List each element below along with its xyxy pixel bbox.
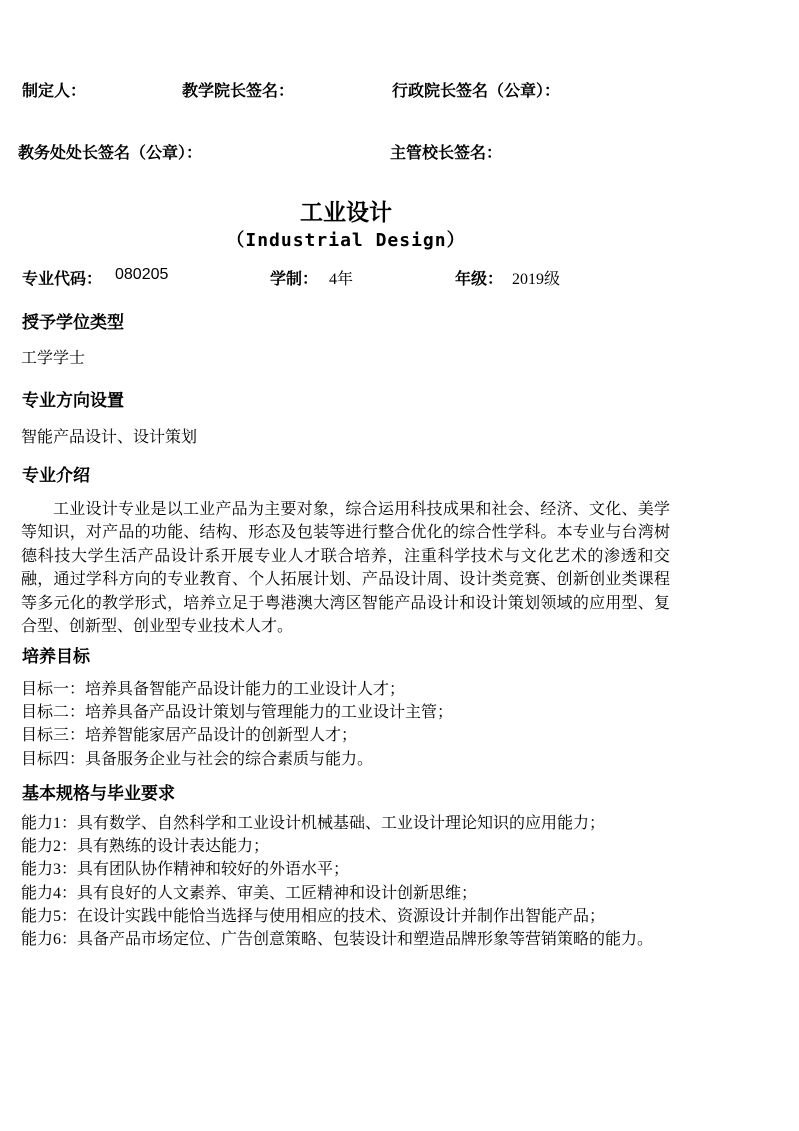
section-heading-major-direction: 专业方向设置: [22, 386, 124, 411]
section-heading-degree-type: 授予学位类型: [22, 308, 124, 333]
signature-row-2: 教务处处长签名（公章）： 主管校长签名：: [22, 140, 799, 164]
ability-item-3: 能力3：具有团队协作精神和较好的外语水平；: [21, 858, 653, 881]
major-code-value: 080205: [115, 266, 168, 284]
document-title: 工业设计: [0, 194, 692, 227]
degree-type-value: 工学学士: [21, 345, 85, 368]
supervising-president-signature-label: 主管校长签名：: [390, 140, 502, 163]
goal-item-2: 目标二：培养具备产品设计策划与管理能力的工业设计主管；: [21, 701, 453, 724]
ability-item-1: 能力1：具有数学、自然科学和工业设计机械基础、工业设计理论知识的应用能力；: [21, 812, 653, 835]
training-goals-list: 目标一：培养具备智能产品设计能力的工业设计人才； 目标二：培养具备产品设计策划与…: [21, 678, 453, 771]
goal-item-1: 目标一：培养具备智能产品设计能力的工业设计人才；: [21, 678, 453, 701]
goal-item-3: 目标三：培养智能家居产品设计的创新型人才；: [21, 724, 453, 747]
ability-item-6: 能力6：具备产品市场定位、广告创意策略、包装设计和塑造品牌形象等营销策略的能力。: [21, 928, 653, 951]
section-heading-major-introduction: 专业介绍: [22, 461, 90, 486]
section-heading-training-goals: 培养目标: [22, 642, 90, 667]
document-page: 制定人： 教学院长签名： 行政院长签名（公章）： 教务处处长签名（公章）： 主管…: [0, 0, 799, 1131]
ability-item-5: 能力5：在设计实践中能恰当选择与使用相应的技术、资源设计并制作出智能产品；: [21, 905, 653, 928]
goal-item-4: 目标四：具备服务企业与社会的综合素质与能力。: [21, 748, 453, 771]
duration-value: 4年: [329, 266, 353, 289]
ability-item-4: 能力4：具有良好的人文素养、审美、工匠精神和设计创新思维；: [21, 882, 653, 905]
duration-label: 学制：: [270, 266, 318, 289]
grade-value: 2019级: [512, 266, 560, 289]
ability-item-2: 能力2：具有熟练的设计表达能力；: [21, 835, 653, 858]
abilities-list: 能力1：具有数学、自然科学和工业设计机械基础、工业设计理论知识的应用能力； 能力…: [21, 812, 653, 951]
grade-label: 年级：: [455, 266, 503, 289]
meta-row: 专业代码： 080205 学制： 4年 年级： 2019级: [22, 266, 799, 290]
major-direction-value: 智能产品设计、设计策划: [21, 424, 197, 447]
major-code-label: 专业代码：: [22, 266, 102, 289]
maker-signature-label: 制定人：: [22, 78, 86, 101]
teaching-dean-signature-label: 教学院长签名：: [182, 78, 294, 101]
section-heading-graduation-requirements: 基本规格与毕业要求: [22, 779, 175, 804]
signature-row-1: 制定人： 教学院长签名： 行政院长签名（公章）：: [22, 78, 799, 102]
academic-affairs-director-signature-label: 教务处处长签名（公章）：: [18, 140, 202, 163]
admin-dean-signature-label: 行政院长签名（公章）：: [392, 78, 560, 101]
document-title-english: （Industrial Design）: [0, 226, 692, 252]
major-introduction-paragraph: 工业设计专业是以工业产品为主要对象，综合运用科技成果和社会、经济、文化、美学等知…: [21, 498, 670, 638]
